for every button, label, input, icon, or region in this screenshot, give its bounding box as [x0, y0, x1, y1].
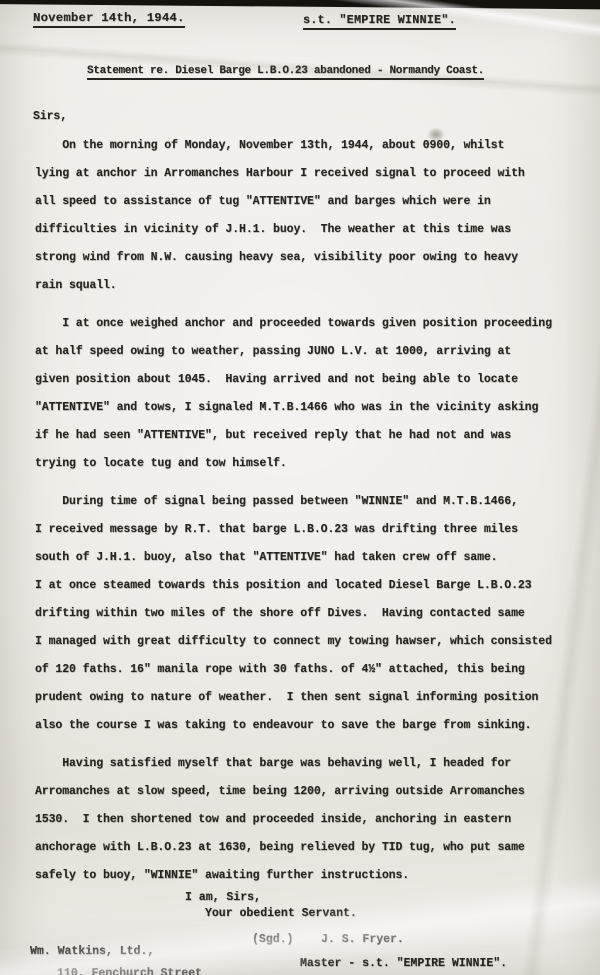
paragraph-line: I at once steamed towards this position …: [35, 572, 552, 600]
paragraph-line: During time of signal being passed betwe…: [35, 488, 552, 516]
paragraph-line: also the course I was taking to endeavou…: [35, 712, 552, 740]
paragraph-line: if he had seen "ATTENTIVE", but received…: [35, 422, 552, 450]
paragraph-line: I received message by R.T. that barge L.…: [35, 516, 552, 544]
paragraph-line: rain squall.: [35, 272, 525, 300]
paragraph-line: all speed to assistance of tug "ATTENTIV…: [35, 188, 525, 216]
closing-line-1: I am, Sirs,: [185, 890, 357, 906]
paragraph-line: of 120 faths. 16" manila rope with 30 fa…: [35, 656, 552, 684]
paragraph-line: south of J.H.1. buoy, also that "ATTENTI…: [35, 544, 552, 572]
paragraph-2: I at once weighed anchor and proceeded t…: [35, 310, 552, 478]
paragraph-line: difficulties in vicinity of J.H.1. buoy.…: [35, 216, 525, 244]
paragraph-1: On the morning of Monday, November 13th,…: [35, 132, 525, 300]
signature-signed: (Sgd.) J. S. Fryer.: [252, 932, 404, 948]
signature-role: Master - s.t. "EMPIRE WINNIE".: [300, 956, 507, 972]
sender-company: Wm. Watkins, Ltd.,: [30, 944, 154, 960]
vessel-name-text: s.t. "EMPIRE WINNIE".: [303, 13, 456, 30]
paragraph-line: strong wind from N.W. causing heavy sea,…: [35, 244, 525, 272]
paragraph-line: I managed with great difficulty to conne…: [35, 628, 552, 656]
paragraph-line: "ATTENTIVE" and tows, I signaled M.T.B.1…: [35, 394, 552, 422]
paragraph-line: Arromanches at slow speed, time being 12…: [35, 778, 525, 806]
paragraph-line: trying to locate tug and tow himself.: [35, 450, 552, 478]
paragraph-line: 1530. I then shortened tow and proceeded…: [35, 806, 525, 834]
paragraph-line: On the morning of Monday, November 13th,…: [35, 132, 525, 160]
paragraph-line: prudent owing to nature of weather. I th…: [35, 684, 552, 712]
paragraph-line: safely to buoy, "WINNIE" awaiting furthe…: [35, 862, 525, 890]
sender-address-partial: 110, Fenchurch Street: [57, 966, 202, 975]
closing-line-2: Your obedient Servant.: [185, 906, 357, 922]
document-title: Statement re. Diesel Barge L.B.O.23 aban…: [87, 57, 484, 85]
paragraph-4: Having satisfied myself that barge was b…: [35, 750, 525, 890]
paragraph-line: at half speed owing to weather, passing …: [35, 338, 552, 366]
vessel-name-header: s.t. "EMPIRE WINNIE".: [303, 13, 456, 27]
paragraph-3: During time of signal being passed betwe…: [35, 488, 552, 740]
scanned-letter-page: November 14th, 1944. s.t. "EMPIRE WINNIE…: [0, 0, 600, 975]
salutation: Sirs,: [33, 103, 67, 131]
paragraph-line: drifting within two miles of the shore o…: [35, 600, 552, 628]
letter-date-text: November 14th, 1944.: [33, 11, 185, 28]
paragraph-line: I at once weighed anchor and proceeded t…: [35, 310, 552, 338]
closing-salutation: I am, Sirs, Your obedient Servant.: [185, 890, 357, 922]
paragraph-line: anchorage with L.B.O.23 at 1630, being r…: [35, 834, 525, 862]
document-title-text: Statement re. Diesel Barge L.B.O.23 aban…: [87, 65, 484, 80]
paragraph-line: given position about 1045. Having arrive…: [35, 366, 552, 394]
letter-date: November 14th, 1944.: [33, 11, 185, 25]
scanner-edge-strip: [0, 0, 600, 10]
paragraph-line: lying at anchor in Arromanches Harbour I…: [35, 160, 525, 188]
paragraph-line: Having satisfied myself that barge was b…: [35, 750, 525, 778]
